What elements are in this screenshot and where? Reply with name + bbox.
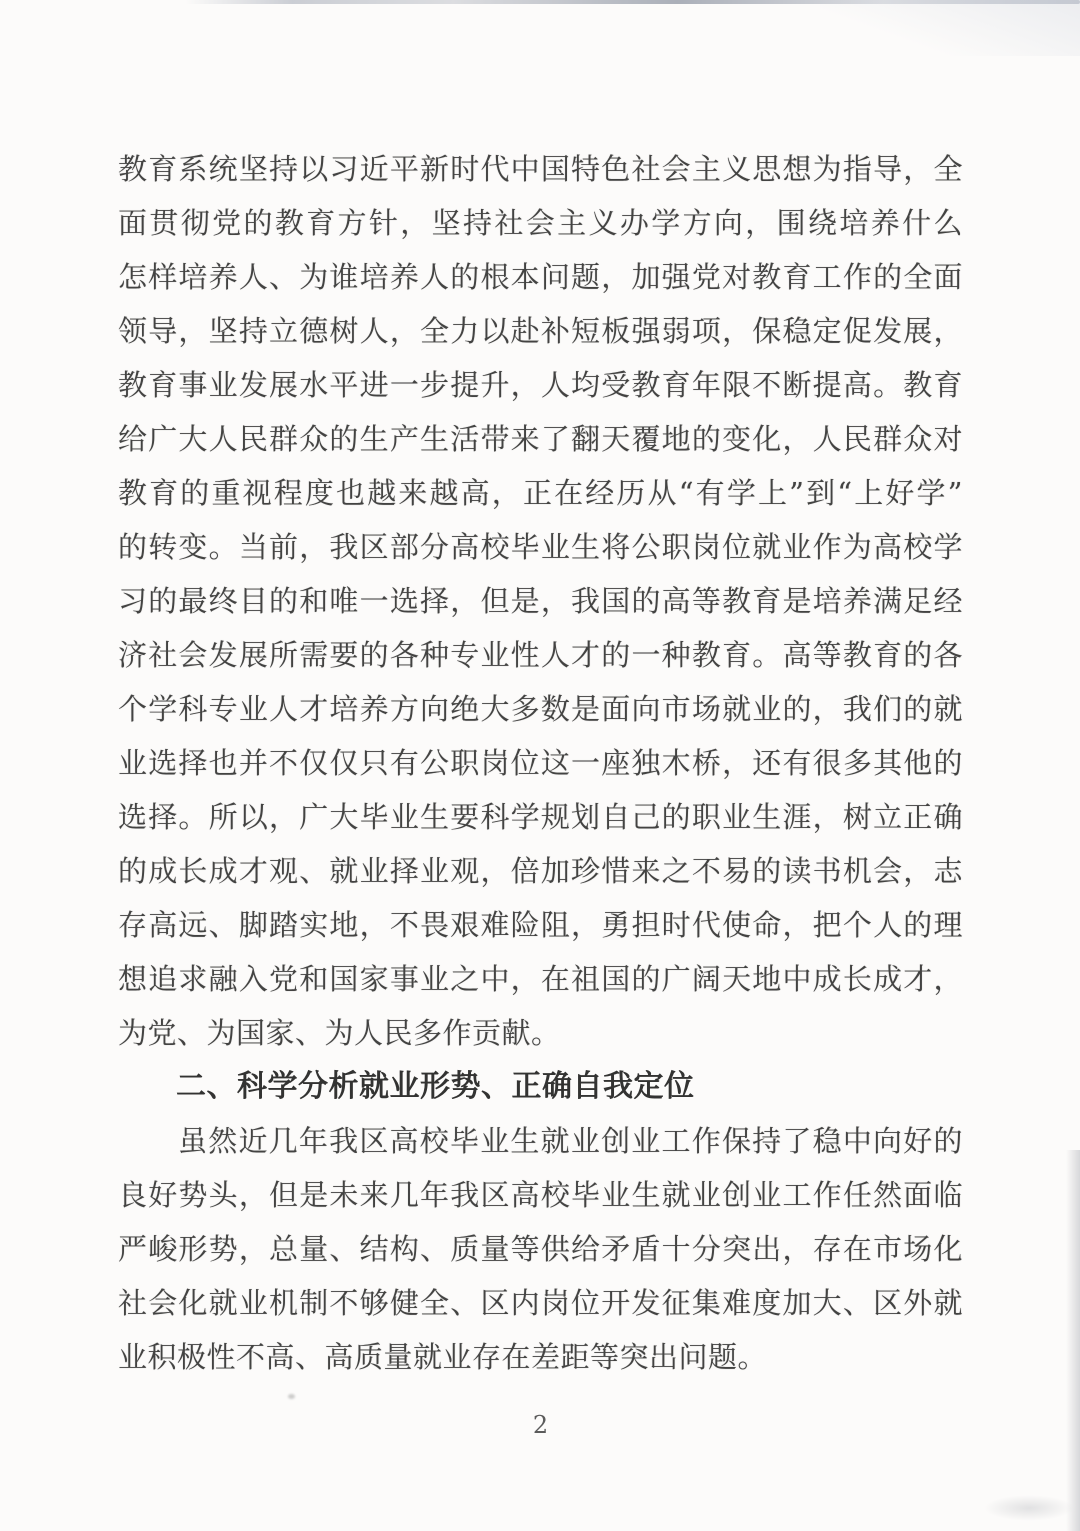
- section-heading: 二、科学分析就业形势、正确自我定位: [118, 1060, 963, 1114]
- scan-smudge: [984, 1495, 1074, 1521]
- scan-edge-right: [1066, 1150, 1080, 1531]
- body-line: 业选择也并不仅仅只有公职岗位这一座独木桥，还有很多其他的: [118, 736, 963, 790]
- body-line: 习的最终目的和唯一选择，但是，我国的高等教育是培养满足经: [118, 574, 963, 628]
- body-line: 良好势头，但是未来几年我区高校毕业生就业创业工作任然面临: [118, 1168, 963, 1222]
- body-line: 选择。所以，广大毕业生要科学规划自己的职业生涯，树立正确: [118, 790, 963, 844]
- body-line: 的成长成才观、就业择业观，倍加珍惜来之不易的读书机会，志: [118, 844, 963, 898]
- body-line: 济社会发展所需要的各种专业性人才的一种教育。高等教育的各: [118, 628, 963, 682]
- body-line: 虽然近几年我区高校毕业生就业创业工作保持了稳中向好的: [118, 1114, 963, 1168]
- body-line: 存高远、脚踏实地，不畏艰难险阻，勇担时代使命，把个人的理: [118, 898, 963, 952]
- page-number: 2: [118, 1405, 963, 1445]
- body-line: 领导，坚持立德树人，全力以赴补短板强弱项，保稳定促发展，: [118, 304, 963, 358]
- body-line: 教育事业发展水平进一步提升，人均受教育年限不断提高。教育: [118, 358, 963, 412]
- body-line: 个学科专业人才培养方向绝大多数是面向市场就业的，我们的就: [118, 682, 963, 736]
- body-line: 社会化就业机制不够健全、区内岗位开发征集难度加大、区外就: [118, 1276, 963, 1330]
- body-line: 的转变。当前，我区部分高校毕业生将公职岗位就业作为高校学: [118, 520, 963, 574]
- body-line: 教育的重视程度也越来越高，正在经历从“有学上”到“上好学”: [118, 466, 963, 520]
- body-line: 怎样培养人、为谁培养人的根本问题，加强党对教育工作的全面: [118, 250, 963, 304]
- document-body: 教育系统坚持以习近平新时代中国特色社会主义思想为指导，全 面贯彻党的教育方针，坚…: [118, 142, 963, 1384]
- body-line: 给广大人民群众的生产生活带来了翻天覆地的变化，人民群众对: [118, 412, 963, 466]
- body-line: 严峻形势，总量、结构、质量等供给矛盾十分突出，存在市场化: [118, 1222, 963, 1276]
- ink-speck: [288, 1394, 295, 1399]
- body-line: 教育系统坚持以习近平新时代中国特色社会主义思想为指导，全: [118, 142, 963, 196]
- body-line: 为党、为国家、为人民多作贡献。: [118, 1006, 963, 1060]
- scan-shadow-top-right: [820, 0, 1080, 56]
- body-line: 面贯彻党的教育方针，坚持社会主义办学方向，围绕培养什么人、: [118, 196, 963, 250]
- body-line: 想追求融入党和国家事业之中，在祖国的广阔天地中成长成才，: [118, 952, 963, 1006]
- body-line: 业积极性不高、高质量就业存在差距等突出问题。: [118, 1330, 963, 1384]
- document-page: 教育系统坚持以习近平新时代中国特色社会主义思想为指导，全 面贯彻党的教育方针，坚…: [0, 0, 1080, 1531]
